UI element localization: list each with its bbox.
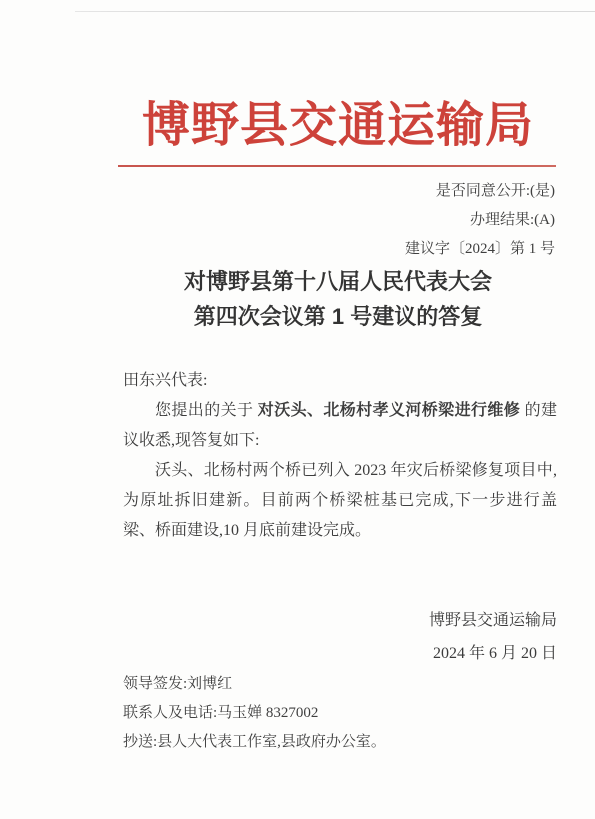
document-page: 博野县交通运输局 是否同意公开:(是) 办理结果:(A) 建议字〔2024〕第 …	[0, 0, 595, 819]
proposal-subject-bold: 对沃头、北杨村孝义河桥梁进行维修	[258, 402, 520, 419]
document-footer: 领导签发:刘博红 联系人及电话:马玉婵 8327002 抄送:县人大代表工作室,…	[123, 670, 386, 757]
contact-line: 联系人及电话:马玉婵 8327002	[123, 699, 386, 728]
document-title: 对博野县第十八届人民代表大会 第四次会议第 1 号建议的答复	[118, 264, 558, 334]
document-meta: 是否同意公开:(是) 办理结果:(A) 建议字〔2024〕第 1 号	[405, 177, 555, 264]
signature-block: 博野县交通运输局 2024 年 6 月 20 日	[429, 604, 557, 670]
document-number-line: 建议字〔2024〕第 1 号	[405, 235, 555, 264]
reply-detail-paragraph: 沃头、北杨村两个桥已列入 2023 年灾后桥梁修复项目中,为原址拆旧建新。目前两…	[123, 456, 557, 546]
letterhead-divider-line	[118, 165, 556, 167]
leader-signoff-line: 领导签发:刘博红	[123, 670, 386, 699]
document-title-line1: 对博野县第十八届人民代表大会	[118, 264, 558, 299]
agency-letterhead-title: 博野县交通运输局	[118, 86, 558, 155]
publicity-status-line: 是否同意公开:(是)	[405, 177, 555, 206]
salutation-line: 田东兴代表:	[123, 366, 557, 396]
reply-intro-prefix: 您提出的关于	[155, 402, 258, 419]
cc-line: 抄送:县人大代表工作室,县政府办公室。	[123, 728, 386, 757]
document-title-line2: 第四次会议第 1 号建议的答复	[118, 299, 558, 334]
reply-intro-paragraph: 您提出的关于 对沃头、北杨村孝义河桥梁进行维修 的建议收悉,现答复如下:	[123, 396, 557, 456]
signature-date: 2024 年 6 月 20 日	[429, 637, 557, 670]
document-body: 田东兴代表: 您提出的关于 对沃头、北杨村孝义河桥梁进行维修 的建议收悉,现答复…	[123, 366, 557, 546]
handling-result-line: 办理结果:(A)	[405, 206, 555, 235]
signature-agency: 博野县交通运输局	[429, 604, 557, 637]
scan-edge-artifact	[75, 11, 595, 12]
